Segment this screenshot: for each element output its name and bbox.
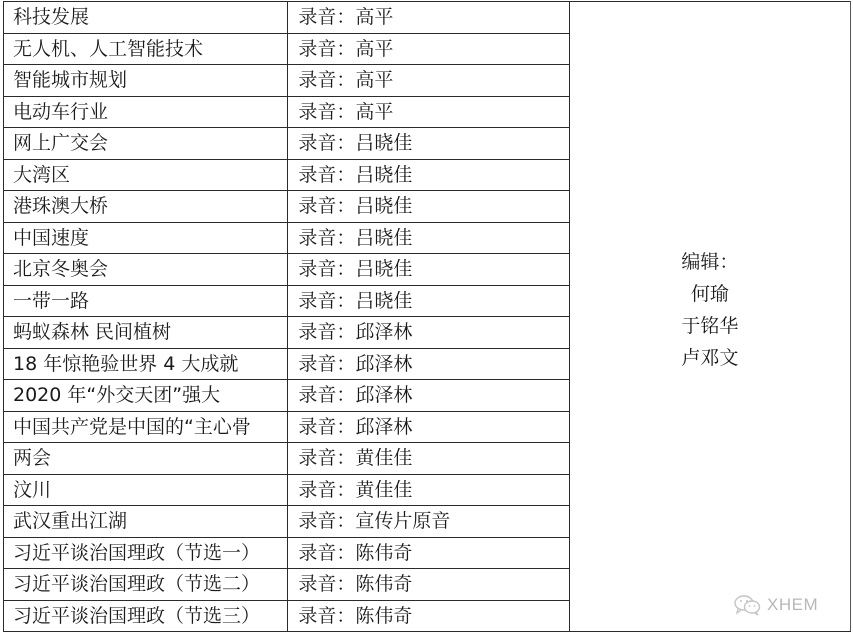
recording-credit-cell: 录音：吕晓佳 — [288, 191, 569, 223]
recording-credit-cell: 录音：陈伟奇 — [288, 569, 569, 601]
wechat-icon — [733, 594, 763, 616]
editors-cell: 编辑：何瑜于铭华卢邓文 — [569, 2, 850, 632]
program-title-cell: 科技发展 — [4, 2, 288, 34]
program-title-cell: 两会 — [4, 443, 288, 475]
recording-credit-cell: 录音：吕晓佳 — [288, 222, 569, 254]
editor-name: 卢邓文 — [681, 342, 738, 374]
recording-credit-cell: 录音：邱泽林 — [288, 380, 569, 412]
program-title-cell: 习近平谈治国理政（节选二） — [4, 569, 288, 601]
program-title-cell: 蚂蚁森林 民间植树 — [4, 317, 288, 349]
editor-name: 何瑜 — [681, 278, 738, 310]
recording-credit-cell: 录音：邱泽林 — [288, 348, 569, 380]
program-title-cell: 智能城市规划 — [4, 65, 288, 97]
recording-credit-cell: 录音：高平 — [288, 96, 569, 128]
credits-table-body: 科技发展录音：高平编辑：何瑜于铭华卢邓文无人机、人工智能技术录音：高平智能城市规… — [4, 2, 851, 632]
program-title-cell: 网上广交会 — [4, 128, 288, 160]
program-title-cell: 2020 年“外交天团”强大 — [4, 380, 288, 412]
program-title-cell: 港珠澳大桥 — [4, 191, 288, 223]
program-title-cell: 中国速度 — [4, 222, 288, 254]
recording-credit-cell: 录音：宣传片原音 — [288, 506, 569, 538]
recording-credit-cell: 录音：陈伟奇 — [288, 600, 569, 632]
recording-credit-cell: 录音：陈伟奇 — [288, 537, 569, 569]
watermark-text: XHEM — [767, 595, 818, 615]
recording-credit-cell: 录音：高平 — [288, 33, 569, 65]
recording-credit-cell: 录音：黄佳佳 — [288, 474, 569, 506]
recording-credit-cell: 录音：吕晓佳 — [288, 128, 569, 160]
program-title-cell: 电动车行业 — [4, 96, 288, 128]
program-title-cell: 习近平谈治国理政（节选一） — [4, 537, 288, 569]
program-title-cell: 大湾区 — [4, 159, 288, 191]
program-title-cell: 一带一路 — [4, 285, 288, 317]
editors-block: 编辑：何瑜于铭华卢邓文 — [681, 246, 738, 374]
watermark: XHEM — [733, 594, 818, 616]
recording-credit-cell: 录音：高平 — [288, 2, 569, 34]
table-row: 科技发展录音：高平编辑：何瑜于铭华卢邓文 — [4, 2, 851, 34]
recording-credit-cell: 录音：吕晓佳 — [288, 285, 569, 317]
recording-credit-cell: 录音：邱泽林 — [288, 411, 569, 443]
program-title-cell: 汶川 — [4, 474, 288, 506]
credits-table: 科技发展录音：高平编辑：何瑜于铭华卢邓文无人机、人工智能技术录音：高平智能城市规… — [3, 1, 851, 632]
program-title-cell: 北京冬奥会 — [4, 254, 288, 286]
editor-name: 于铭华 — [681, 310, 738, 342]
recording-credit-cell: 录音：吕晓佳 — [288, 254, 569, 286]
program-title-cell: 武汉重出江湖 — [4, 506, 288, 538]
recording-credit-cell: 录音：邱泽林 — [288, 317, 569, 349]
program-title-cell: 无人机、人工智能技术 — [4, 33, 288, 65]
recording-credit-cell: 录音：吕晓佳 — [288, 159, 569, 191]
recording-credit-cell: 录音：高平 — [288, 65, 569, 97]
editors-label: 编辑： — [681, 246, 738, 278]
program-title-cell: 中国共产党是中国的“主心骨 — [4, 411, 288, 443]
program-title-cell: 习近平谈治国理政（节选三） — [4, 600, 288, 632]
program-title-cell: 18 年惊艳验世界 4 大成就 — [4, 348, 288, 380]
recording-credit-cell: 录音：黄佳佳 — [288, 443, 569, 475]
